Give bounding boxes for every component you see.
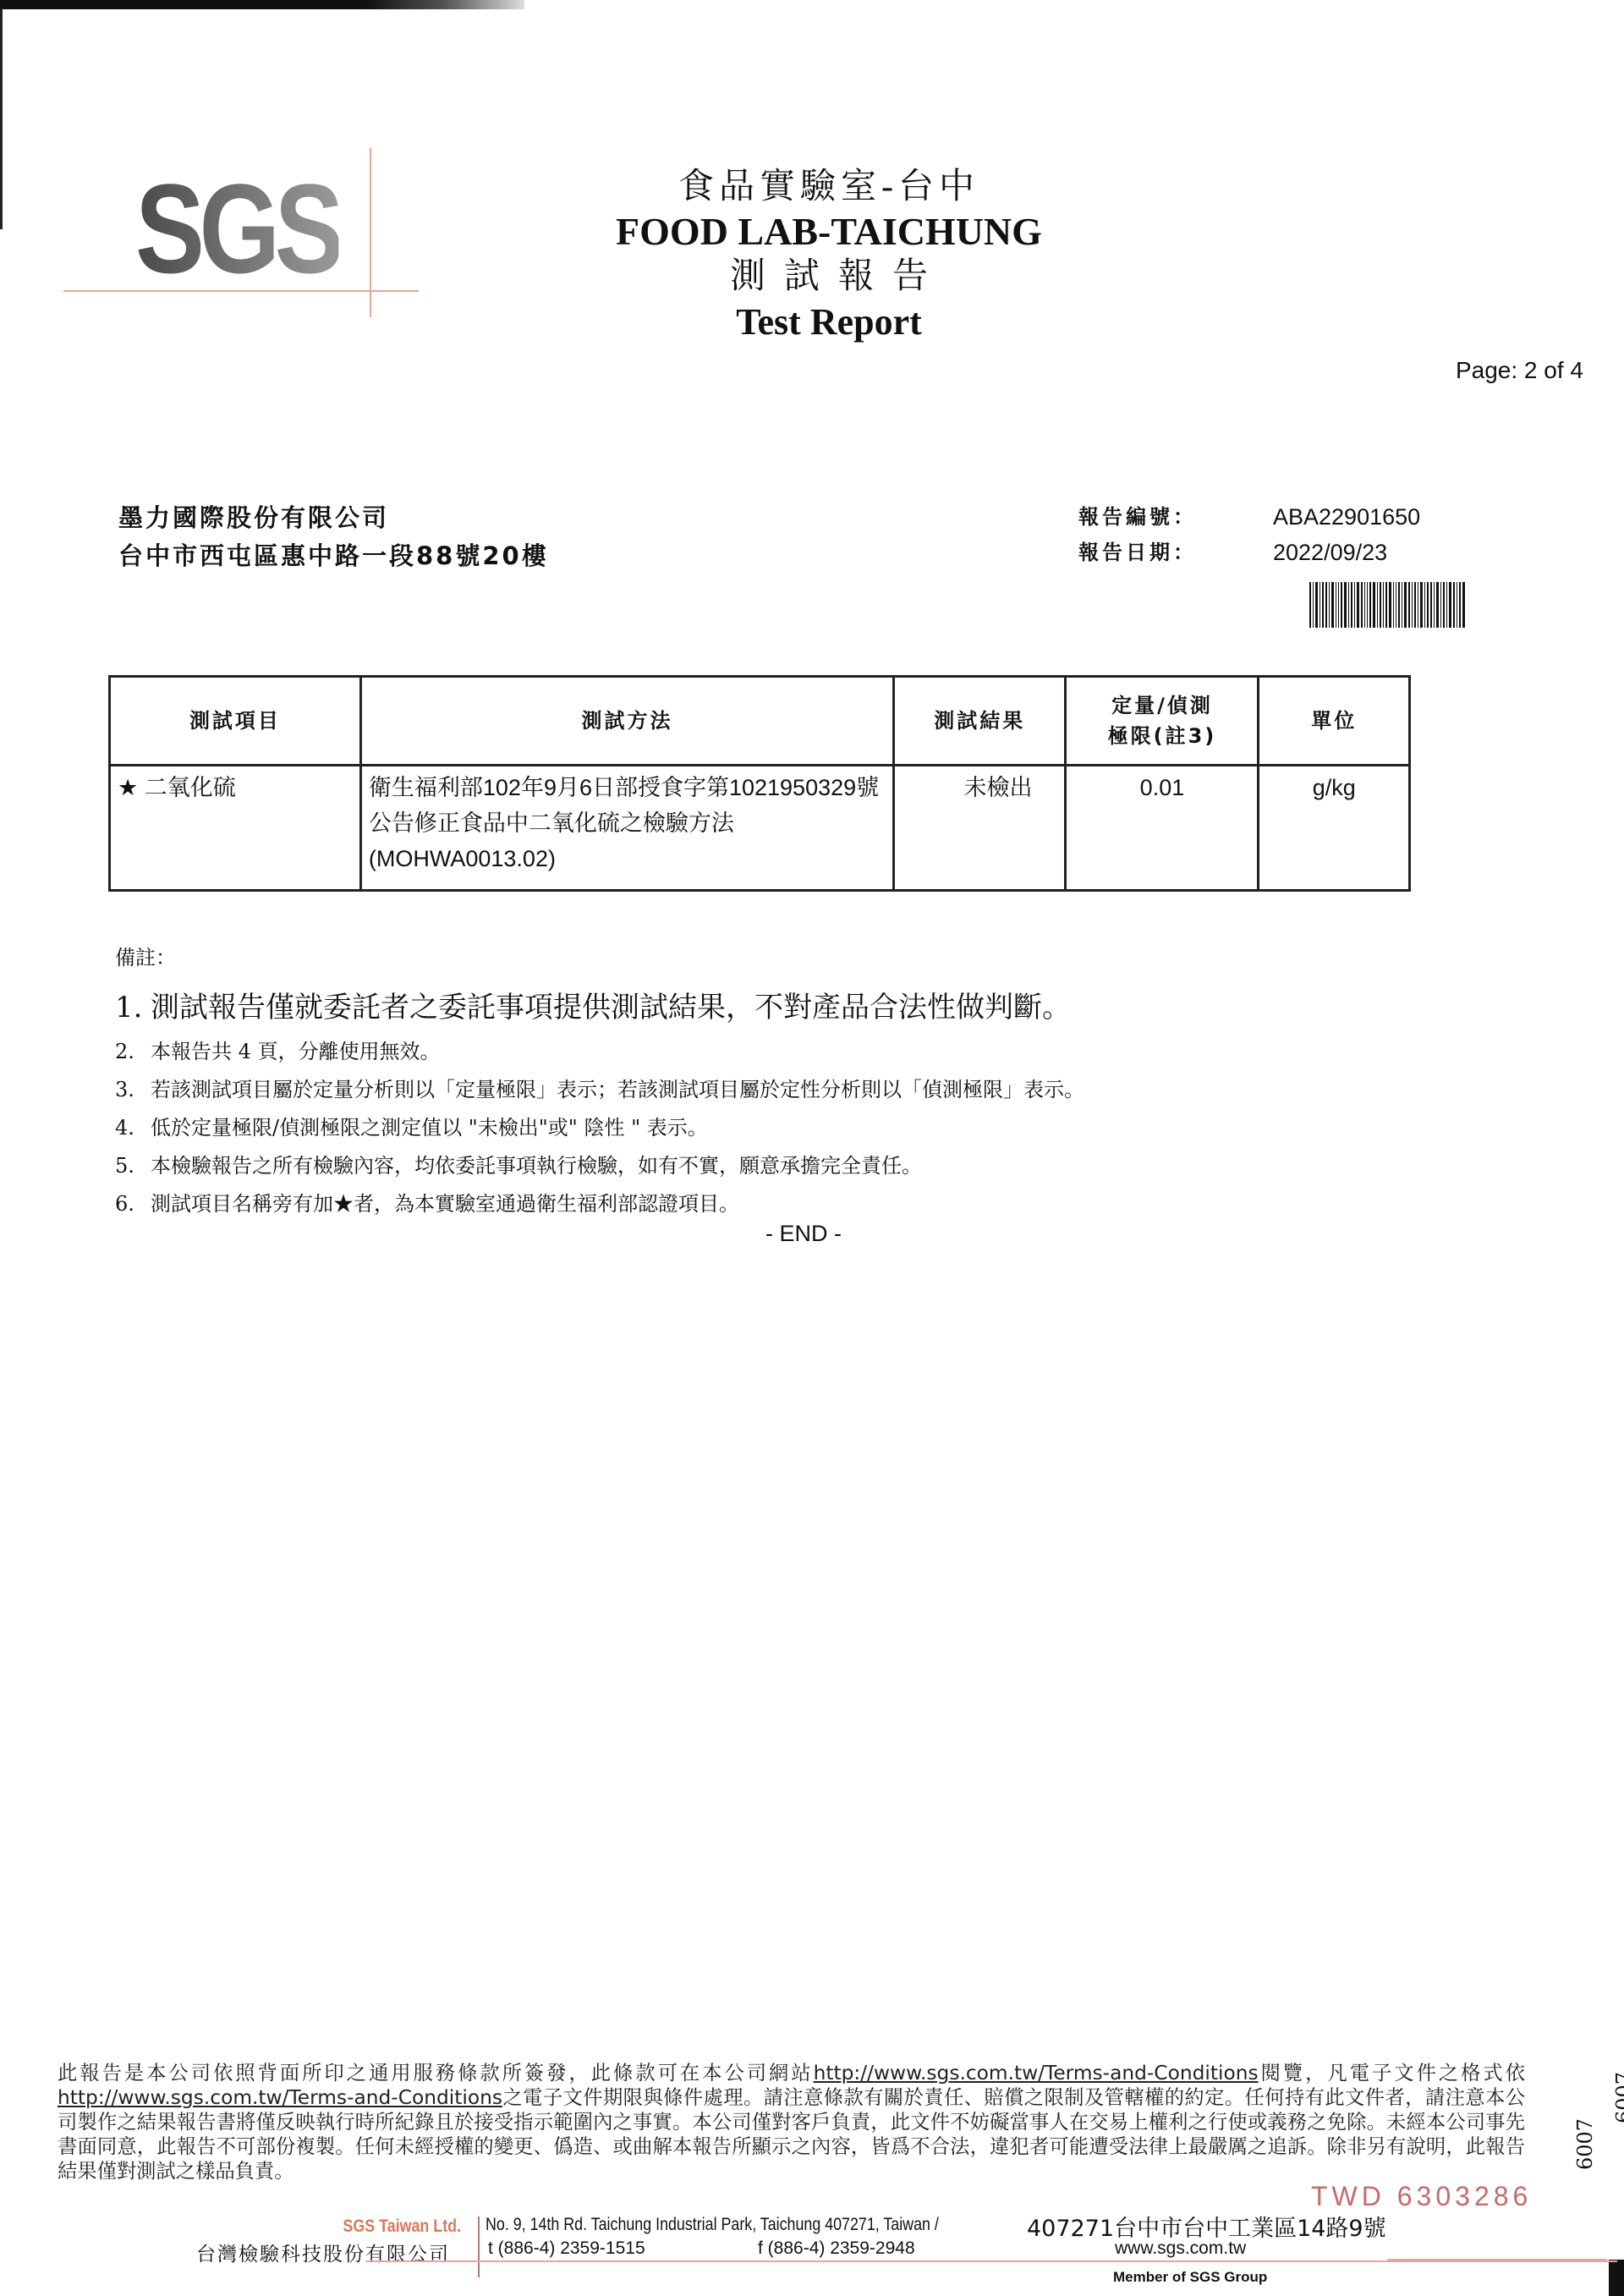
phone-number: t (886-4) 2359-1515	[488, 2238, 645, 2259]
cell-limit: 0.01	[1066, 766, 1259, 891]
header-limit: 定量/偵測極限(註3)	[1066, 677, 1259, 766]
terms-link[interactable]: http://www.sgs.com.tw/Terms-and-Conditio…	[58, 2086, 502, 2109]
company-address: No. 9, 14th Rd. Taichung Industrial Park…	[486, 2215, 1018, 2235]
serial-number: TWD 6303286	[1311, 2181, 1532, 2212]
note-item: 2.本報告共 4 頁，分離使用無效。	[115, 1033, 1084, 1071]
title-en: FOOD LAB-TAICHUNG	[541, 209, 1116, 255]
results-table: 測試項目 測試方法 測試結果 定量/偵測極限(註3) 單位 ★ 二氧化硫 衛生福…	[108, 675, 1411, 892]
note-item: 1.測試報告僅就委託者之委託事項提供測試結果，不對產品合法性做判斷。	[115, 982, 1084, 1033]
company-name-zh: 台灣檢驗科技股份有限公司	[196, 2238, 450, 2266]
footer-divider	[478, 2216, 480, 2277]
note-item: 4.低於定量極限/偵測極限之測定值以 "未檢出"或" 陰性 " 表示。	[115, 1109, 1084, 1147]
terms-link[interactable]: http://www.sgs.com.tw/Terms-and-Conditio…	[814, 2062, 1259, 2085]
website[interactable]: www.sgs.com.tw	[1115, 2238, 1246, 2259]
notes-section: 備註： 1.測試報告僅就委託者之委託事項提供測試結果，不對產品合法性做判斷。 2…	[115, 941, 1084, 1223]
logo-text: SGS	[135, 165, 338, 292]
note-item: 5.本檢驗報告之所有檢驗內容，均依委託事項執行檢驗，如有不實，願意承擔完全責任。	[115, 1147, 1084, 1185]
header-test-result: 測試結果	[894, 677, 1066, 766]
note-item: 3.若該測試項目屬於定量分析則以「定量極限」表示；若該測試項目屬於定性分析則以「…	[115, 1071, 1084, 1109]
table-row: ★ 二氧化硫 衛生福利部102年9月6日部授食字第1021950329號公告修正…	[110, 766, 1410, 891]
report-number: ABA22901650	[1273, 499, 1420, 535]
fax-number: f (886-4) 2359-2948	[758, 2238, 915, 2259]
scan-artifact-corner	[1609, 2260, 1624, 2296]
side-code: 6007	[1573, 2118, 1597, 2170]
subtitle-en: Test Report	[541, 299, 1116, 346]
report-number-label: 報告編號：	[1078, 499, 1273, 535]
page-number: Page: 2 of 4	[1456, 357, 1583, 384]
member-label: Member of SGS Group	[1113, 2269, 1267, 2286]
report-meta: 報告編號： ABA22901650 報告日期： 2022/09/23	[1078, 499, 1420, 570]
legal-disclaimer: 此報告是本公司依照背面所印之通用服務條款所簽發，此條款可在本公司網站http:/…	[58, 2061, 1525, 2183]
scan-artifact-left	[0, 9, 3, 229]
logo-vertical-line	[370, 148, 371, 317]
report-date: 2022/09/23	[1273, 535, 1387, 570]
barcode	[1309, 582, 1536, 628]
note-item: 6.測試項目名稱旁有加★者，為本實驗室通過衛生福利部認證項目。	[115, 1185, 1084, 1223]
footer-rule	[365, 2260, 1617, 2262]
report-date-label: 報告日期：	[1078, 535, 1273, 570]
table-header-row: 測試項目 測試方法 測試結果 定量/偵測極限(註3) 單位	[110, 677, 1410, 766]
header-unit: 單位	[1259, 677, 1410, 766]
sgs-logo: SGS	[59, 148, 431, 317]
client-info: 墨力國際股份有限公司 台中市西屯區惠中路一段88號20樓	[118, 499, 549, 575]
cell-item: ★ 二氧化硫	[110, 766, 361, 891]
cell-result: 未檢出	[894, 766, 1066, 891]
header-test-item: 測試項目	[110, 677, 361, 766]
client-address: 台中市西屯區惠中路一段88號20樓	[118, 537, 549, 575]
title-zh: 食品實驗室-台中	[541, 165, 1116, 209]
end-marker: - END -	[765, 1221, 842, 1247]
notes-title: 備註：	[115, 941, 1084, 970]
logo-baseline	[63, 290, 419, 292]
report-title: 食品實驗室-台中 FOOD LAB-TAICHUNG 測試報告 Test Rep…	[541, 165, 1116, 346]
client-name: 墨力國際股份有限公司	[118, 499, 549, 537]
company-name-en: SGS Taiwan Ltd.	[285, 2216, 461, 2237]
subtitle-zh: 測試報告	[541, 255, 1116, 299]
cell-unit: g/kg	[1259, 766, 1410, 891]
cell-method: 衛生福利部102年9月6日部授食字第1021950329號公告修正食品中二氧化硫…	[360, 766, 893, 891]
scan-artifact-top	[0, 0, 524, 9]
header-test-method: 測試方法	[360, 677, 893, 766]
side-code: 6007	[1612, 2072, 1624, 2123]
